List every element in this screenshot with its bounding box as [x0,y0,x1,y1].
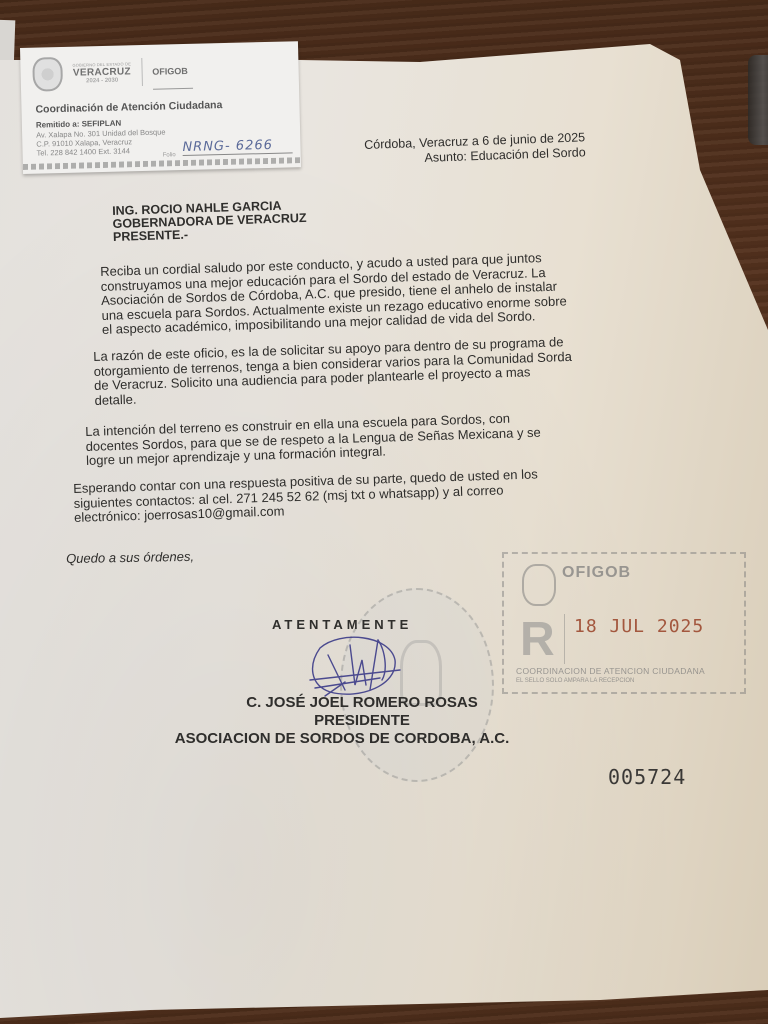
paragraph-1: Reciba un cordial saludo por este conduc… [100,250,567,337]
department-title: Coordinación de Atención Ciudadana [35,99,222,116]
veracruz-logo: GOBIERNO DEL ESTADO DE VERACRUZ 2024 - 2… [72,61,131,84]
folio-number: 005724 [608,770,686,785]
crest-icon [522,564,556,606]
binder-clip [748,55,768,145]
signer-block: C. JOSÉ JOEL ROMERO ROSAS PRESIDENTE ASO… [162,694,562,748]
stamp-date: 18 JUL 2025 [574,616,704,637]
phone: Tel. 228 842 1400 Ext. 3144 [36,146,130,157]
office-name: OFIGOB [152,66,188,77]
folio-label: Folio [163,152,176,158]
veracruz-crest-icon [32,57,63,92]
folio-handwritten: NRNG- 6266 [182,137,292,156]
divider [141,58,143,86]
signer-title: PRESIDENTE [162,712,562,730]
reception-stamp: OFIGOB R 18 JUL 2025 COORDINACION DE ATE… [502,552,746,694]
closing: Quedo a sus órdenes, [66,550,194,567]
recipient-block: ING. ROCIO NAHLE GARCIA GOBERNADORA DE V… [112,199,307,244]
signer-name: C. JOSÉ JOEL ROMERO ROSAS [162,694,562,712]
signer-organization: ASOCIACION DE SORDOS DE CORDOBA, A.C. [122,730,562,748]
decorative-border [23,157,301,170]
slip-header: GOBIERNO DEL ESTADO DE VERACRUZ 2024 - 2… [32,54,188,92]
reception-slip: GOBIERNO DEL ESTADO DE VERACRUZ 2024 - 2… [20,41,301,174]
